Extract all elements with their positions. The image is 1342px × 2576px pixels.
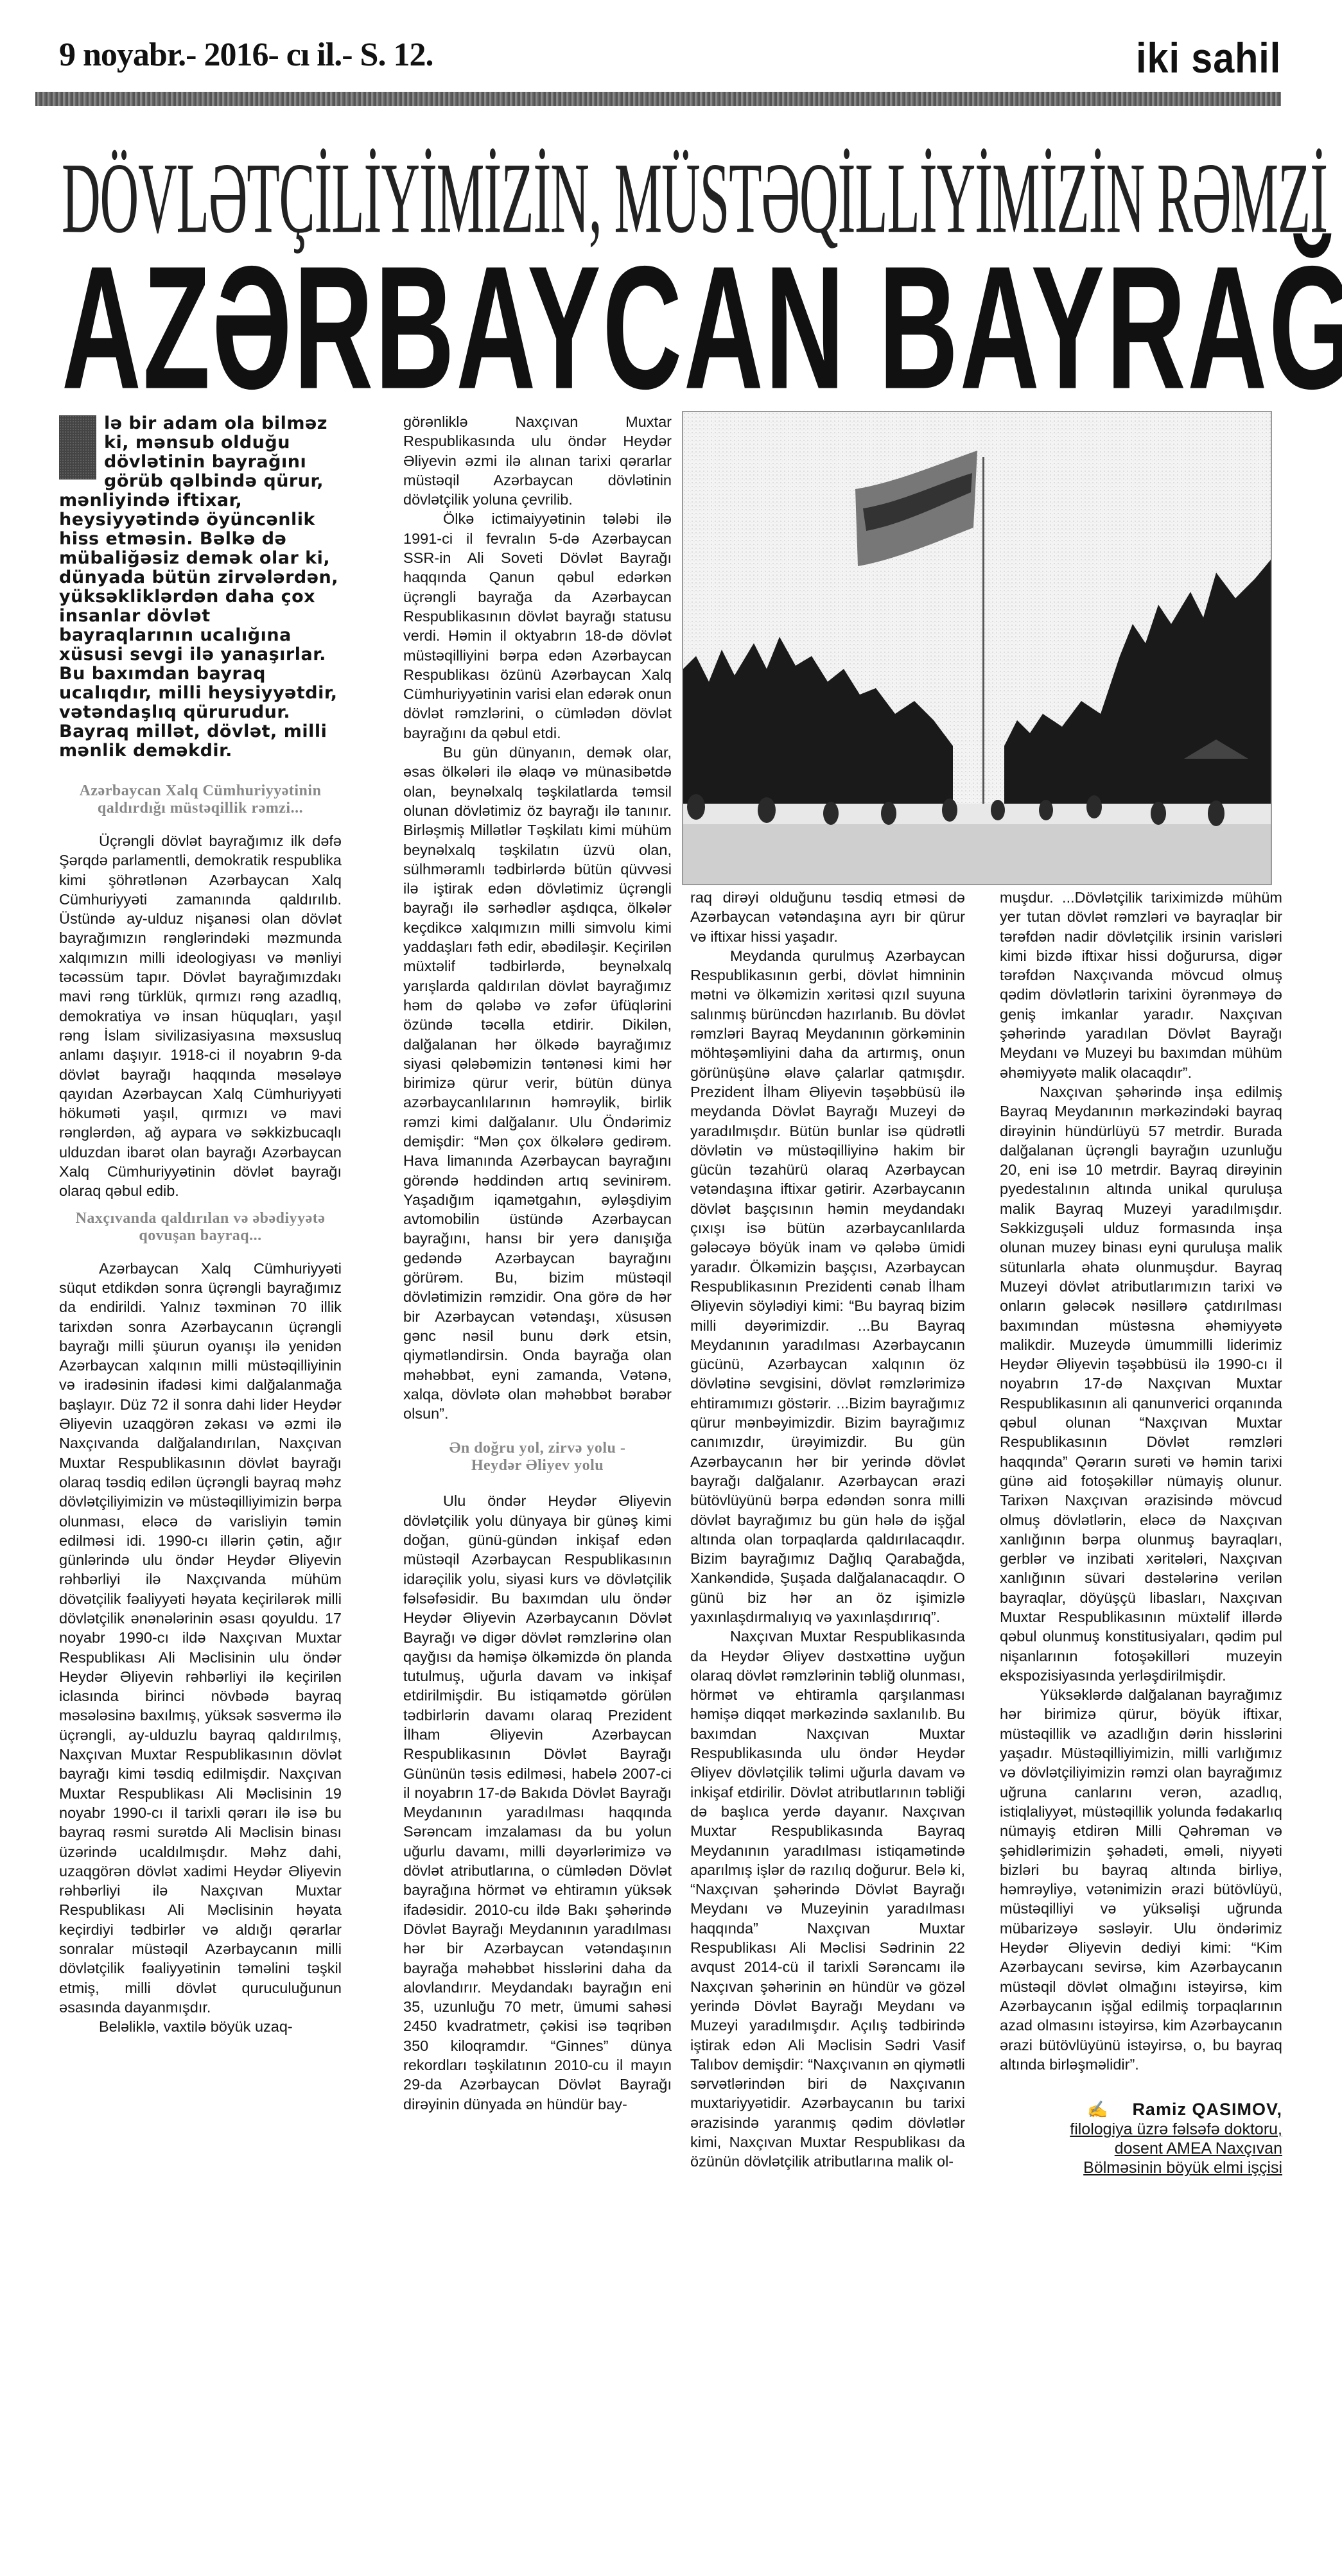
paragraph: Üçrəngli dövlət bayrağımız ilk dəfə Şərq… (59, 831, 342, 1201)
flag-square-illustration (683, 412, 1271, 884)
masthead: 9 noyabr.- 2016- cı il.- S. 12. iki sahi… (0, 0, 1342, 128)
author-title-line: Bölməsinin böyük elmi işçisi (1000, 2158, 1282, 2177)
subhead: Ən doğru yol, zirvə yolu - Heydər Əliyev… (429, 1440, 646, 1474)
subhead: Naxçıvanda qaldırılan və əbədiyyətə qovu… (59, 1210, 342, 1245)
pen-icon: ✍ (1087, 2100, 1108, 2119)
lead-text: lə bir adam ola bilməz ki, mənsub olduğu… (59, 413, 338, 761)
author-name: Ramiz QASIMOV, (1132, 2100, 1282, 2119)
paragraph: Naxçıvan şəhərində inşa edilmiş Bayraq M… (1000, 1082, 1282, 1685)
author-byline: ✍Ramiz QASIMOV, filologiya üzrə fəlsəfə … (1000, 2100, 1282, 2177)
article-column-3: raq dirəyi olduğunu təsdiq etməsi də Azə… (690, 888, 965, 2172)
paragraph: Yüksəklərdə dalğalanan bayrağımız hər bi… (1000, 1685, 1282, 2074)
lead-paragraph: E lə bir adam ola bilməz ki, mənsub oldu… (59, 414, 342, 761)
author-title-line: dosent AMEA Naxçıvan (1000, 2139, 1282, 2158)
paragraph: raq dirəyi olduğunu təsdiq etməsi də Azə… (690, 888, 965, 946)
masthead-rule (35, 92, 1281, 106)
paragraph: Bu gün dünyanın, demək olar, əsas ölkələ… (403, 743, 672, 1423)
author-title-line: filologiya üzrə fəlsəfə doktoru, (1000, 2120, 1282, 2139)
subhead: Azərbaycan Xalq Cümhuriyyətinin qaldırdı… (59, 782, 342, 817)
paragraph: Ölkə ictimaiyyətinin tələbi ilə 1991-ci … (403, 509, 672, 743)
article-headline: AZƏRBAYCAN BAYRAĞI (62, 247, 867, 409)
article-column-1: E lə bir adam ola bilməz ki, mənsub oldu… (59, 414, 342, 2037)
paragraph: Meydanda qurulmuş Azərbaycan Respublikas… (690, 946, 965, 1627)
paragraph: Beləliklə, vaxtilə böyük uzaq- (59, 2017, 342, 2036)
paragraph: Ulu öndər Heydər Əliyevin dövlətçilik yo… (403, 1491, 672, 2114)
paragraph: görənliklə Naxçıvan Muxtar Respublikasın… (403, 412, 672, 509)
issue-date-line: 9 noyabr.- 2016- cı il.- S. 12. (59, 36, 433, 74)
article-column-2: görənliklə Naxçıvan Muxtar Respublikasın… (403, 412, 672, 2114)
newspaper-name: iki sahil (1136, 33, 1281, 82)
paragraph: Naxçıvan Muxtar Respublikasında da Heydə… (690, 1627, 965, 2171)
dropcap: E (59, 415, 96, 480)
paragraph: Azərbaycan Xalq Cümhuriyyəti süqut etdik… (59, 1259, 342, 2018)
flag-photo (682, 411, 1272, 885)
paragraph: muşdur. ...Dövlətçilik tariximizdə mühüm… (1000, 888, 1282, 1082)
article-column-4: muşdur. ...Dövlətçilik tariximizdə mühüm… (1000, 888, 1282, 2177)
